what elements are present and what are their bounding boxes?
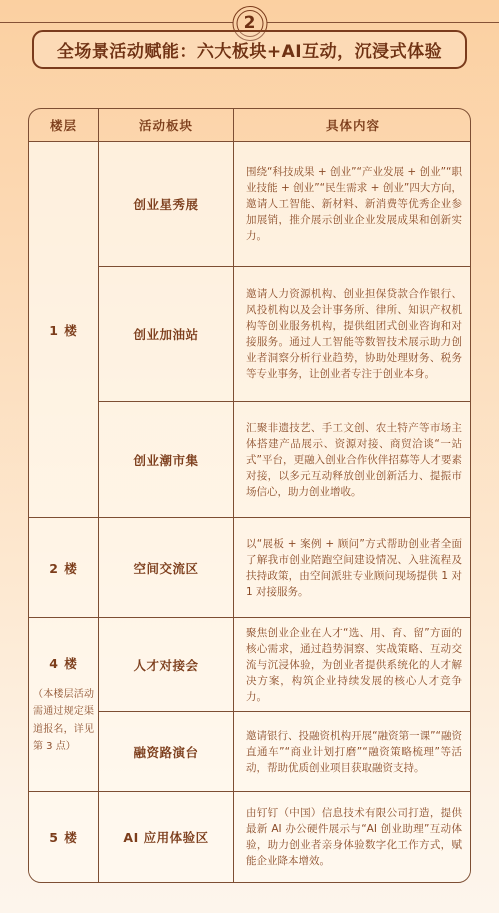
content-cell: 汇聚非遗技艺、手工文创、农土特产等市场主体搭建产品展示、资源对接、商贸洽谈“一站… <box>234 402 471 518</box>
column-header-content: 具体内容 <box>234 109 471 142</box>
content-text: 聚焦创业企业在人才“选、用、育、留”方面的核心需求，通过趋势洞察、实战策略、互动… <box>246 625 462 705</box>
floor-activity-table: 楼层 活动板块 具体内容 1 楼 2 楼 4 楼 （本楼层活动需通过规定渠道报名… <box>28 108 471 883</box>
floor-cell-5f: 5 楼 <box>29 792 99 882</box>
content-text: 以“展板 + 案例 + 顾问”方式帮助创业者全面了解我市创业陪跑空间建设情况、入… <box>246 536 462 600</box>
column-header-plate: 活动板块 <box>99 109 234 142</box>
plate-label: 空间交流区 <box>133 559 198 577</box>
plate-label: AI 应用体验区 <box>123 828 208 846</box>
content-cell: 由钉钉（中国）信息技术有限公司打造，提供最新 AI 办公硬件展示与“AI 创业助… <box>234 792 471 882</box>
floor-label: 2 楼 <box>49 559 78 577</box>
plate-cell: 创业星秀展 <box>99 142 234 267</box>
content-text: 围绕“科技成果 + 创业”“产业发展 + 创业”“职业技能 + 创业”“民生需求… <box>246 164 462 244</box>
plate-cell: 空间交流区 <box>99 518 234 618</box>
content-cell: 邀请人力资源机构、创业担保贷款合作银行、风投机构以及会计事务所、律所、知识产权机… <box>234 267 471 402</box>
content-text: 汇聚非遗技艺、手工文创、农土特产等市场主体搭建产品展示、资源对接、商贸洽谈“一站… <box>246 420 462 500</box>
floor-cell-2f: 2 楼 <box>29 518 99 618</box>
floor-registration-note: （本楼层活动需通过规定渠道报名，详见第 3 点） <box>29 686 98 756</box>
plate-label: 人才对接会 <box>133 656 198 674</box>
plate-label: 创业星秀展 <box>133 195 198 213</box>
plate-cell: 融资路演台 <box>99 712 234 792</box>
content-cell: 以“展板 + 案例 + 顾问”方式帮助创业者全面了解我市创业陪跑空间建设情况、入… <box>234 518 471 618</box>
floor-cell-4f: 4 楼 （本楼层活动需通过规定渠道报名，详见第 3 点） <box>29 618 99 792</box>
plate-label: 创业潮市集 <box>133 451 198 469</box>
content-text: 由钉钉（中国）信息技术有限公司打造，提供最新 AI 办公硬件展示与“AI 创业助… <box>246 805 462 869</box>
section-title-box: 全场景活动赋能：六大板块+AI互动，沉浸式体验 <box>32 30 467 69</box>
floor-label: 5 楼 <box>49 828 78 846</box>
column-header-floor: 楼层 <box>29 109 99 142</box>
content-cell: 围绕“科技成果 + 创业”“产业发展 + 创业”“职业技能 + 创业”“民生需求… <box>234 142 471 267</box>
content-text: 邀请人力资源机构、创业担保贷款合作银行、风投机构以及会计事务所、律所、知识产权机… <box>246 286 462 382</box>
floor-label: 1 楼 <box>49 321 78 339</box>
plate-label: 创业加油站 <box>133 325 198 343</box>
floor-label: 4 楼 <box>49 654 78 672</box>
plate-cell: AI 应用体验区 <box>99 792 234 882</box>
section-title: 全场景活动赋能：六大板块+AI互动，沉浸式体验 <box>57 37 442 62</box>
content-cell: 聚焦创业企业在人才“选、用、育、留”方面的核心需求，通过趋势洞察、实战策略、互动… <box>234 618 471 712</box>
content-cell: 邀请银行、投融资机构开展“融资第一课”“融资直通车”“商业计划打磨”“融资策略梳… <box>234 712 471 792</box>
content-text: 邀请银行、投融资机构开展“融资第一课”“融资直通车”“商业计划打磨”“融资策略梳… <box>246 728 462 776</box>
floor-cell-1f: 1 楼 <box>29 142 99 518</box>
plate-cell: 创业潮市集 <box>99 402 234 518</box>
event-poster-section: 2 全场景活动赋能：六大板块+AI互动，沉浸式体验 楼层 活动板块 具体内容 1… <box>0 0 499 913</box>
plate-cell: 创业加油站 <box>99 267 234 402</box>
plate-label: 融资路演台 <box>133 743 198 761</box>
plate-cell: 人才对接会 <box>99 618 234 712</box>
